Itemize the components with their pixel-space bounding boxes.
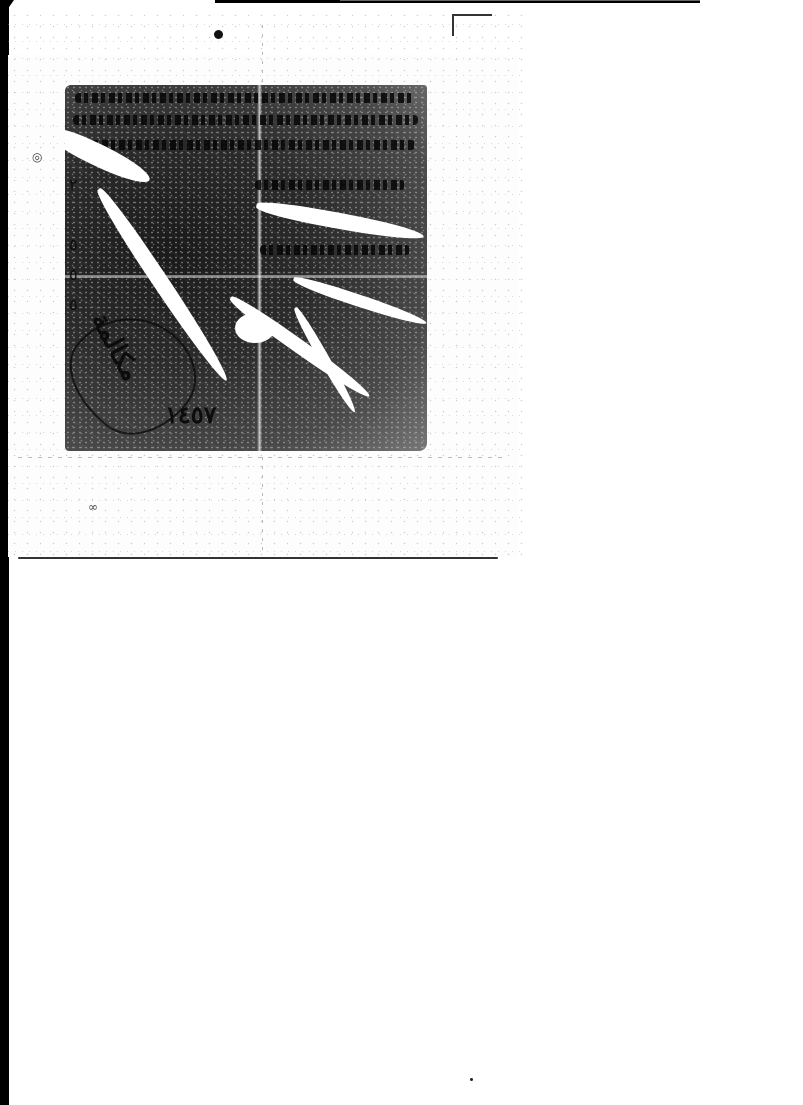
handwriting-line-5 bbox=[260, 245, 410, 255]
paper-bottom-edge bbox=[18, 557, 498, 559]
punch-hole-mark bbox=[214, 30, 223, 39]
scan-top-edge-shadow bbox=[340, 0, 700, 1]
margin-symbol-bottom: ∞ bbox=[88, 500, 98, 514]
manuscript-crease-horizontal bbox=[65, 275, 427, 278]
paper-fold-horizontal bbox=[18, 457, 508, 458]
scan-dust-speck bbox=[470, 1078, 473, 1081]
handwriting-line-4 bbox=[255, 180, 405, 190]
margin-mark: ٢ bbox=[69, 175, 78, 195]
handwriting-line-3 bbox=[85, 140, 415, 150]
handwriting-line-1 bbox=[75, 93, 415, 103]
left-margin-marks: ٢ ٥ ٥ ٥ bbox=[69, 175, 78, 315]
paper-tear bbox=[235, 313, 275, 343]
margin-symbol-left: ◎ bbox=[32, 150, 42, 164]
margin-mark: ٥ bbox=[69, 265, 78, 285]
bottom-handwriting: ١٤٥٧ bbox=[165, 400, 217, 429]
margin-mark: ٥ bbox=[69, 295, 78, 315]
corner-bracket-mark bbox=[452, 14, 492, 36]
manuscript-image: ٢ ٥ ٥ ٥ مكالمة ١٤٥٧ bbox=[65, 85, 427, 451]
margin-mark: ٥ bbox=[69, 235, 78, 255]
handwriting-line-2 bbox=[73, 115, 418, 125]
